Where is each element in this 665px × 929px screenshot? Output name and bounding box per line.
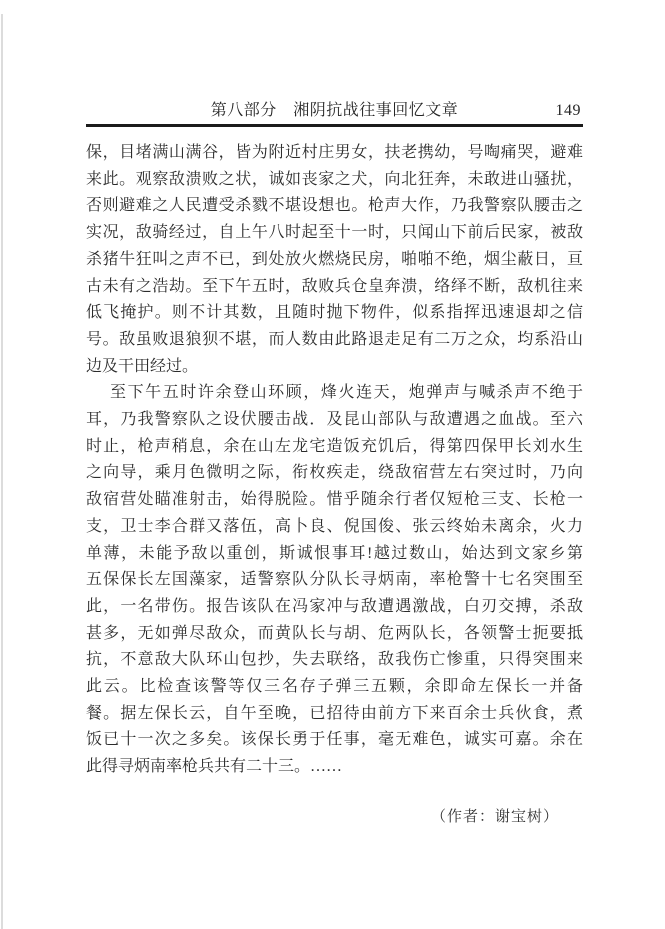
scan-edge [1,14,3,929]
text-line: 五保保长左国藻家，适警察队分队长寻炳南，率枪警十七名突围至 [86,567,583,594]
text-line: 之向导，乘月色微明之际，衔枚疾走，绕敌宿营左右突过时，乃向 [86,460,583,487]
text-line: 饭已十一次之多矣。该保长勇于任事，毫无难色，诚实可嘉。余在 [86,727,583,754]
chapter-header-title: 第八部分 湘阴抗战往事回忆文章 [86,100,583,122]
text-line: 古未有之浩劫。至下午五时，敌败兵仓皇奔溃，络绎不断，敌机往来 [86,274,583,301]
text-line: 抗，不意敌大队环山包抄，失去联络，敌我伤亡惨重，只得突围来 [86,647,583,674]
header-divider [86,124,583,127]
text-line: 此云。比检查该警等仅三名存子弹三五颗，余即命左保长一并备 [86,674,583,701]
text-line: 低飞掩护。则不计其数，且随时抛下物件，似系指挥迅速退却之信 [86,300,583,327]
text-line: 实况，敌骑经过，自上午八时起至十一时，只闻山下前后民家，被敌 [86,220,583,247]
text-line: 杀猪牛狂叫之声不已，到处放火燃烧民房，啪啪不绝，烟尘蔽日，亘 [86,247,583,274]
text-line: 号。敌虽败退狼狈不堪，而人数由此路退走足有二万之众，均系沿山 [86,327,583,354]
author-line: （作者：谢宝树） [431,806,559,828]
book-page: 第八部分 湘阴抗战往事回忆文章 149 保，目堵满山满谷，皆为附近村庄男女，扶老… [0,0,665,929]
page-header: 第八部分 湘阴抗战往事回忆文章 149 [86,100,583,122]
text-line: 耳，乃我警察队之设伏腰击战．及昆山部队与敌遭遇之血战。至六 [86,407,583,434]
text-line: 此，一名带伤。报告该队在冯家冲与敌遭遇激战，白刃交搏，杀敌 [86,594,583,621]
text-line: 否则避难之人民遭受杀戮不堪设想也。枪声大作，乃我警察队腰击之 [86,193,583,220]
text-line: 此得寻炳南率枪兵共有二十三。…… [86,754,583,781]
text-line: 来此。观察敌溃败之状，诚如丧家之犬，向北狂奔，未敢进山骚扰， [86,167,583,194]
body-text: 保，目堵满山满谷，皆为附近村庄男女，扶老携幼，号啕痛哭，避难来此。观察敌溃败之状… [86,140,583,781]
text-line: 边及干田经过。 [86,354,583,381]
text-line: 时止，枪声稍息，余在山左龙宅造饭充饥后，得第四保甲长刘水生 [86,434,583,461]
text-line: 单薄，未能予敌以重创，斯诚恨事耳!越过数山，始达到文家乡第 [86,541,583,568]
text-line: 至下午五时许余登山环顾，烽火连天，炮弹声与喊杀声不绝于 [86,380,583,407]
text-line: 保，目堵满山满谷，皆为附近村庄男女，扶老携幼，号啕痛哭，避难 [86,140,583,167]
text-line: 餐。据左保长云，自午至晚，已招待由前方下来百余士兵伙食，煮 [86,701,583,728]
text-line: 敌宿营处瞄准射击，始得脱险。惜乎随余行者仅短枪三支、长枪一 [86,487,583,514]
page-number: 149 [556,100,582,122]
text-line: 甚多，无如弹尽敌众，而黄队长与胡、危两队长，各领警士扼要抵 [86,621,583,648]
text-line: 支，卫士李合群又落伍，高卜良、倪国俊、张云终始未离余，火力 [86,514,583,541]
